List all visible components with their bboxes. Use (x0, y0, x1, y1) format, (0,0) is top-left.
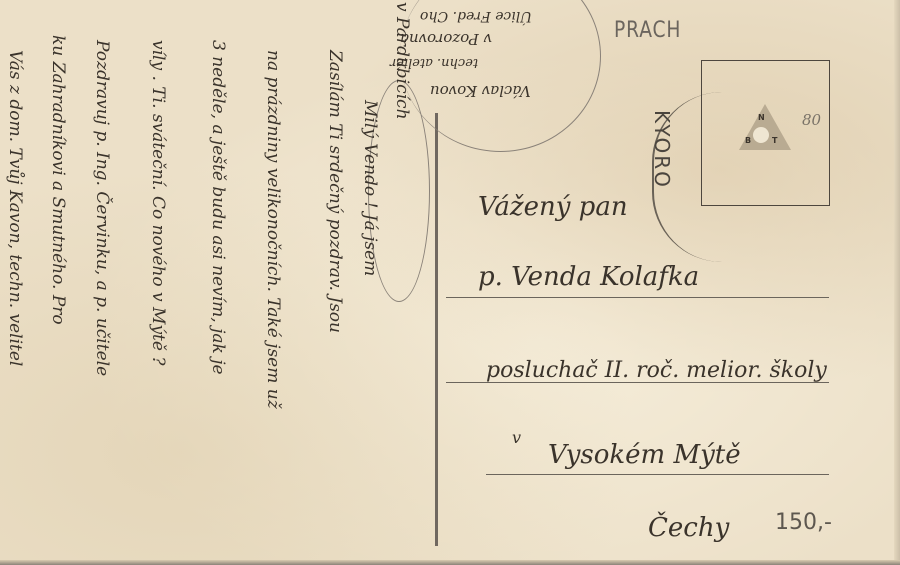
message-line: 3 neděle, a ještě budu asi nevím, jak je (208, 40, 228, 375)
postcard-back: PRACH N B T 80 KYORO Vážený pan p. Venda… (0, 0, 900, 565)
message-line: Milý Vendo ! Já jsem (360, 100, 380, 276)
address-salutation: Vážený pan (478, 192, 628, 222)
address-region: Čechy (648, 513, 729, 543)
price-note: 150,- (775, 510, 832, 535)
pencil-note: PRACH (614, 18, 681, 43)
address-place-prefix: v (512, 428, 521, 447)
message-line: Pozdravuj p. Ing. Červinku, a p. učitele (92, 40, 112, 376)
message-line: Vás z dom. Tvůj Kavon, techn. velitel (5, 50, 25, 366)
sender-line: v Pozorovna (400, 30, 492, 48)
address-line-1 (446, 297, 829, 298)
message-line: ku Zahradníkovi a Smutného. Pro (48, 35, 68, 325)
address-place: Vysokém Mýtě (548, 440, 741, 470)
message-line: víly . Ti. sváteční. Co nového v Mýtě ? (148, 40, 168, 365)
address-role: posluchač II. roč. melior. školy (486, 358, 827, 383)
sender-line: Úlice Fred. Cho (420, 8, 532, 24)
card-edge-bottom (0, 560, 900, 565)
postmark-text: KYORO (650, 110, 674, 189)
card-edge-right (894, 0, 900, 565)
address-divider (435, 113, 438, 546)
message-line: Zasílám Ti srdečný pozdrav. Jsou (325, 50, 345, 333)
address-line-3 (486, 474, 829, 475)
message-line: v Pardubicích (392, 2, 412, 120)
sender-line: Václav Kovou (430, 82, 531, 100)
message-line: na prázdniny velikonočních. Také jsem už (263, 50, 283, 409)
address-line-2 (446, 382, 829, 383)
stamp-pencil-number: 80 (802, 111, 821, 129)
address-name: p. Venda Kolafka (478, 262, 699, 292)
